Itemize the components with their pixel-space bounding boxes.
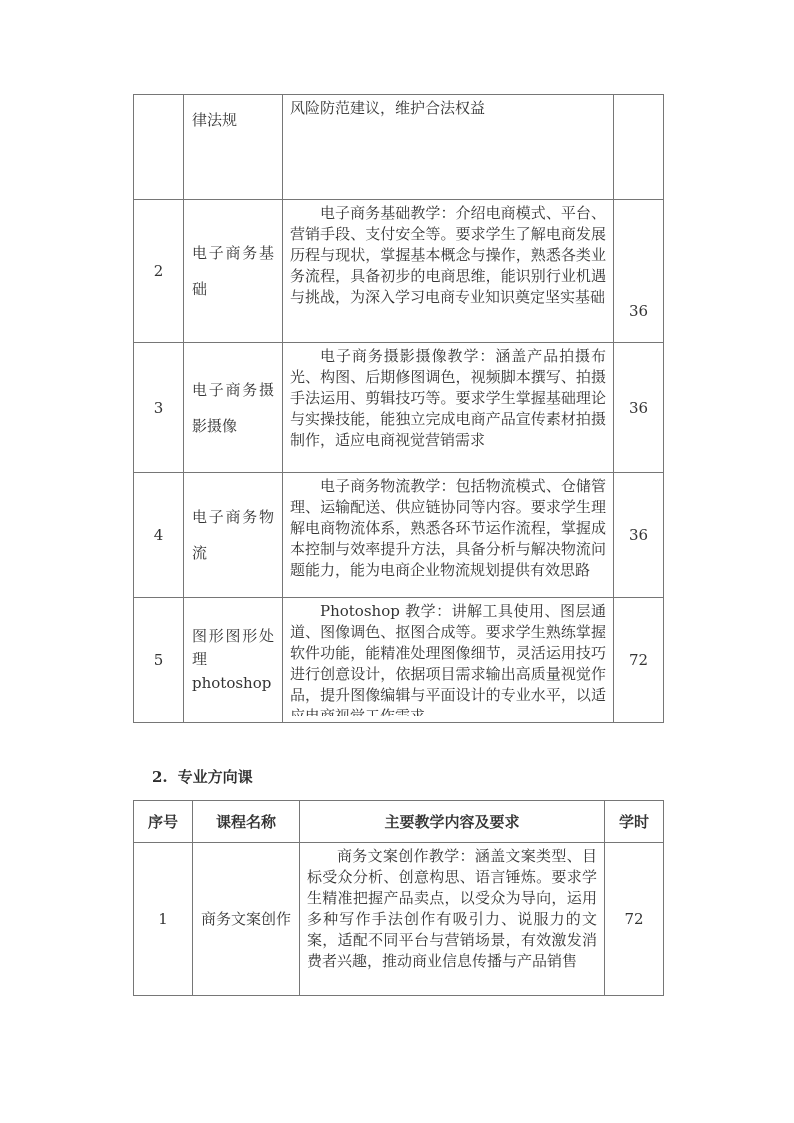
seq-cell: 4 xyxy=(134,473,184,598)
header-hours: 学时 xyxy=(605,801,664,843)
hours-cell: 36 xyxy=(614,473,664,598)
table-header-row: 序号 课程名称 主要教学内容及要求 学时 xyxy=(134,801,664,843)
content-cell: 电子商务基础教学：介绍电商模式、平台、营销手段、支付安全等。要求学生了解电商发展… xyxy=(283,200,614,343)
content-text: 电子商务物流教学：包括物流模式、仓储管理、运输配送、供应链协同等内容。要求学生理… xyxy=(290,476,606,581)
content-cell: 风险防范建议，维护合法权益 xyxy=(283,95,614,200)
section-heading: 2.专业方向课 xyxy=(152,766,253,787)
course-name-cell: 图形图形处理 photoshop xyxy=(184,598,283,723)
seq-cell: 2 xyxy=(134,200,184,343)
content-text: 风险防范建议，维护合法权益 xyxy=(290,98,606,119)
course-name-cell: 电子商务物流 xyxy=(184,473,283,598)
seq-cell: 1 xyxy=(134,843,193,996)
hours-cell: 72 xyxy=(605,843,664,996)
table-row: 3 电子商务摄影摄像 电子商务摄影摄像教学：涵盖产品拍摄布光、构图、后期修图调色… xyxy=(134,343,664,473)
course-name-cell: 商务文案创作 xyxy=(193,843,300,996)
header-content: 主要教学内容及要求 xyxy=(300,801,605,843)
seq-cell xyxy=(134,95,184,200)
table-row: 4 电子商务物流 电子商务物流教学：包括物流模式、仓储管理、运输配送、供应链协同… xyxy=(134,473,664,598)
header-course-name: 课程名称 xyxy=(193,801,300,843)
section-title: 专业方向课 xyxy=(178,768,253,786)
content-text: 商务文案创作教学：涵盖文案类型、目标受众分析、创意构思、语言锤炼。要求学生精准把… xyxy=(307,846,597,972)
hours-cell: 72 xyxy=(614,598,664,723)
course-name-cell: 律法规 xyxy=(184,95,283,200)
header-seq: 序号 xyxy=(134,801,193,843)
section-number: 2. xyxy=(152,768,168,786)
hours-cell: 36 xyxy=(614,200,664,343)
content-cell: 电子商务摄影摄像教学：涵盖产品拍摄布光、构图、后期修图调色，视频脚本撰写、拍摄手… xyxy=(283,343,614,473)
table-row: 律法规 风险防范建议，维护合法权益 xyxy=(134,95,664,200)
seq-cell: 3 xyxy=(134,343,184,473)
course-name-cell: 电子商务摄影摄像 xyxy=(184,343,283,473)
document-page: 律法规 风险防范建议，维护合法权益 2 电子商务基础 电子商务基础教学：介绍电商… xyxy=(0,0,794,1123)
hours-cell xyxy=(614,95,664,200)
table-row: 1 商务文案创作 商务文案创作教学：涵盖文案类型、目标受众分析、创意构思、语言锤… xyxy=(134,843,664,996)
content-text: 电子商务基础教学：介绍电商模式、平台、营销手段、支付安全等。要求学生了解电商发展… xyxy=(290,203,606,308)
content-cell: Photoshop 教学：讲解工具使用、图层通道、图像调色、抠图合成等。要求学生… xyxy=(283,598,614,723)
course-table-direction: 序号 课程名称 主要教学内容及要求 学时 1 商务文案创作 商务文案创作教学：涵… xyxy=(133,800,664,996)
content-cell: 商务文案创作教学：涵盖文案类型、目标受众分析、创意构思、语言锤炼。要求学生精准把… xyxy=(300,843,605,996)
content-text: 电子商务摄影摄像教学：涵盖产品拍摄布光、构图、后期修图调色，视频脚本撰写、拍摄手… xyxy=(290,346,606,451)
content-text: Photoshop 教学：讲解工具使用、图层通道、图像调色、抠图合成等。要求学生… xyxy=(290,601,606,716)
course-name-cell: 电子商务基础 xyxy=(184,200,283,343)
table-row: 2 电子商务基础 电子商务基础教学：介绍电商模式、平台、营销手段、支付安全等。要… xyxy=(134,200,664,343)
seq-cell: 5 xyxy=(134,598,184,723)
hours-cell: 36 xyxy=(614,343,664,473)
table-row: 5 图形图形处理 photoshop Photoshop 教学：讲解工具使用、图… xyxy=(134,598,664,723)
course-table-basic: 律法规 风险防范建议，维护合法权益 2 电子商务基础 电子商务基础教学：介绍电商… xyxy=(133,94,664,723)
content-cell: 电子商务物流教学：包括物流模式、仓储管理、运输配送、供应链协同等内容。要求学生理… xyxy=(283,473,614,598)
